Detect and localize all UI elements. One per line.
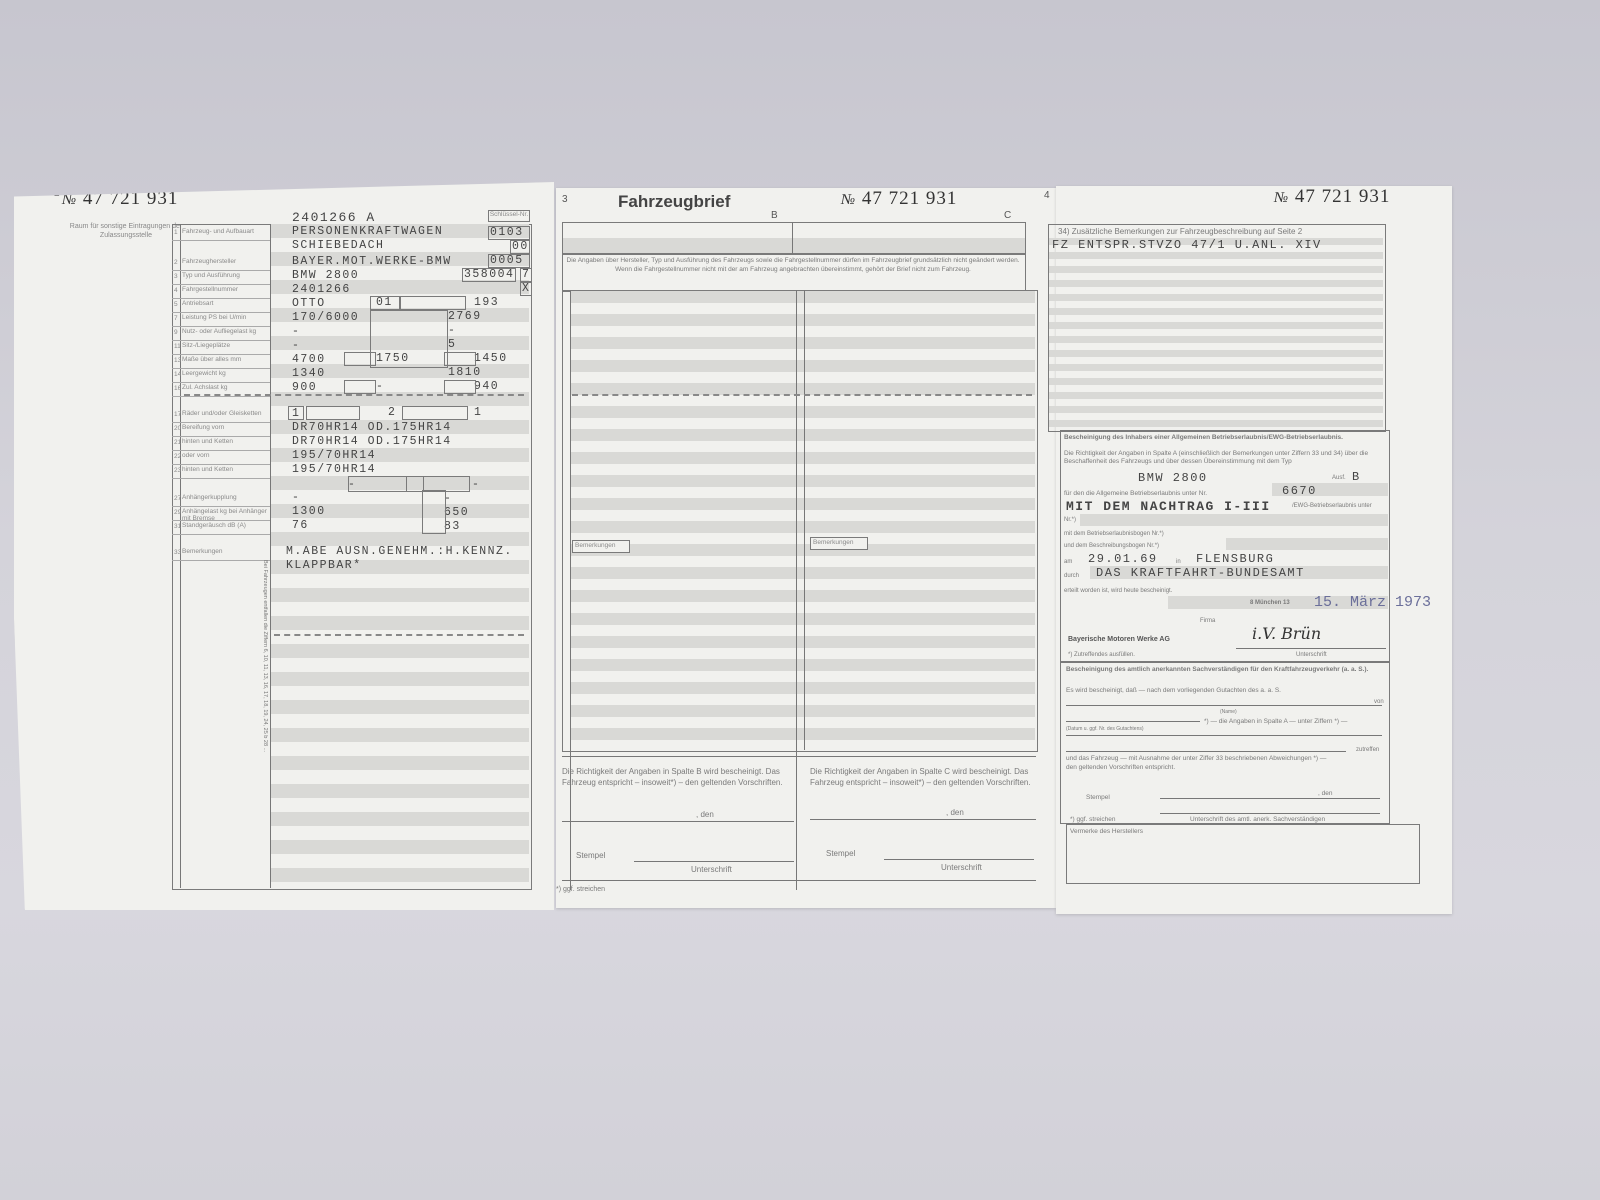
field-number: 7: [174, 315, 178, 322]
field-value: 193: [474, 296, 499, 309]
company-name: Bayerische Motoren Werke AG: [1068, 634, 1170, 645]
field-number: 5: [174, 301, 178, 308]
field-label: Standgeräusch dB (A): [182, 522, 268, 529]
field-value: DR70HR14 OD.175HR14: [292, 435, 452, 448]
footnote-vertical: Bei Fahrzeugen entfallen die Ziffern 6, …: [174, 560, 269, 886]
field-value: 1: [474, 406, 482, 419]
field-label: Leergewicht kg: [182, 370, 268, 377]
field-value: -: [292, 325, 300, 338]
page-3: 3 Fahrzeugbrief № 47 721 931 B C Die Ang…: [556, 188, 1056, 908]
ausf-value: B: [1352, 470, 1361, 484]
field-value: -: [472, 478, 480, 491]
stamp-date: 15. März 1973: [1314, 594, 1431, 611]
column-b-label: B: [771, 210, 778, 221]
signature-label-b: Unterschrift: [691, 864, 732, 875]
field-label: Fahrzeug- und Aufbauart: [182, 228, 268, 235]
remarks-label-c: Bemerkungen: [810, 537, 868, 550]
field-number: 11: [174, 343, 181, 350]
field-value: 5: [448, 338, 456, 351]
field-number: 29: [174, 509, 181, 516]
field-number: 21: [174, 439, 181, 446]
remarks-value: FZ ENTSPR.STVZO 47/1 U.ANL. XIV: [1052, 238, 1322, 252]
field-label: hinten und Ketten: [182, 466, 268, 473]
field-label: Antriebsart: [182, 300, 268, 307]
field-value: 1300: [292, 505, 326, 518]
nachtrag-value: MIT DEM NACHTRAG I-III: [1066, 499, 1271, 514]
field-number: 16: [174, 385, 181, 392]
field-value: 2: [388, 406, 396, 419]
field-number: 3: [174, 273, 178, 280]
field-value: 2401266: [292, 283, 351, 296]
page-2: 2 № 47 721 931 Raum für sonstige Eintrag…: [14, 182, 554, 910]
field-value: 170/6000: [292, 311, 359, 324]
field-number: 1: [174, 229, 178, 236]
certification-c: Die Richtigkeit der Angaben in Spalte C …: [810, 766, 1040, 788]
field-value: 1450: [474, 352, 508, 365]
field-value: 83: [444, 520, 461, 533]
field-label: Bereifung vorn: [182, 424, 268, 431]
field-number: 17: [174, 411, 181, 418]
field-number: 2: [174, 259, 178, 266]
field-value: 900: [292, 381, 317, 394]
field-label: Bemerkungen: [182, 548, 268, 555]
approval-place: FLENSBURG: [1196, 552, 1274, 566]
abe-number: 6670: [1282, 484, 1317, 498]
field-value: M.ABE AUSN.GENEHM.:H.KENNZ.: [286, 545, 513, 558]
field-number: 23: [174, 467, 181, 474]
page-number: 3: [562, 194, 568, 205]
page-title: Fahrzeugbrief: [618, 192, 730, 212]
field-value: -: [292, 491, 300, 504]
approval-date: 29.01.69: [1088, 552, 1158, 566]
field-label: Leistung PS bei U/min: [182, 314, 268, 321]
field-value: -: [376, 380, 384, 393]
page-4: 4 № 47 721 931 34) Zusätzliche Bemerkung…: [1056, 186, 1452, 914]
field-value: SCHIEBEDACH: [292, 239, 384, 252]
document-number: № 47 721 931: [841, 188, 957, 210]
field-label: Zul. Achslast kg: [182, 384, 268, 391]
field-number: 22: [174, 453, 181, 460]
field-label: Fahrgestellnummer: [182, 286, 268, 293]
field-value: PERSONENKRAFTWAGEN: [292, 225, 443, 238]
field-value: 1810: [448, 366, 482, 379]
field-number: 33: [174, 549, 181, 556]
header-fields: [562, 222, 1026, 254]
field-label: Räder und/oder Gleisketten: [182, 410, 268, 417]
field-value: 2769: [448, 310, 482, 323]
signature-label-c: Unterschrift: [941, 862, 982, 873]
field-label: Anhängerkupplung: [182, 494, 268, 501]
schluessel-label: Schlüssel-Nr.: [488, 210, 530, 222]
remarks-header: 34) Zusätzliche Bemerkungen zur Fahrzeug…: [1058, 226, 1302, 237]
field-value: BMW 2800: [292, 269, 359, 282]
field-value: 940: [474, 380, 499, 393]
field-value: BAYER.MOT.WERKE-BMW: [292, 255, 452, 268]
authority: DAS KRAFTFAHRT-BUNDESAMT: [1096, 566, 1305, 580]
field-value: 195/70HR14: [292, 463, 376, 476]
field-number: 14: [174, 371, 181, 378]
field-number: 4: [174, 287, 178, 294]
document-number: № 47 721 931: [1274, 186, 1390, 208]
field-number: 20: [174, 425, 181, 432]
field-value: 195/70HR14: [292, 449, 376, 462]
field-value: KLAPPBAR*: [286, 559, 362, 572]
certification-b: Die Richtigkeit der Angaben in Spalte B …: [562, 766, 792, 788]
stamp-label-b: Stempel: [576, 850, 605, 861]
type-value: BMW 2800: [1138, 471, 1208, 485]
field-value: OTTO: [292, 297, 326, 310]
page-number: 4: [1044, 190, 1050, 201]
top-value: 2401266 A: [292, 210, 376, 225]
field-number: 9: [174, 329, 178, 336]
field-label: hinten und Ketten: [182, 438, 268, 445]
field-number: 27: [174, 495, 181, 502]
field-label: Maße über alles mm: [182, 356, 268, 363]
field-label: oder vorn: [182, 452, 268, 459]
field-value: 76: [292, 519, 309, 532]
field-value: DR70HR14 OD.175HR14: [292, 421, 452, 434]
field-value: 4700: [292, 353, 326, 366]
field-number: 13: [174, 357, 181, 364]
signature: i.V. Brün: [1252, 624, 1321, 643]
stamp-label-c: Stempel: [826, 848, 855, 859]
field-value: 1340: [292, 367, 326, 380]
field-label: Typ und Ausführung: [182, 272, 268, 279]
footnote: *) ggf. streichen: [556, 884, 605, 895]
field-number: 31: [174, 523, 181, 530]
column-c-label: C: [1004, 210, 1011, 221]
field-value: -: [448, 324, 456, 337]
field-label: Nutz- oder Aufliegelast kg: [182, 328, 268, 335]
field-label: Sitz-/Liegeplätze: [182, 342, 268, 349]
field-label: Fahrzeughersteller: [182, 258, 268, 265]
field-value: 650: [444, 506, 469, 519]
field-value: -: [292, 339, 300, 352]
notice-text: Die Angaben über Hersteller, Typ und Aus…: [566, 256, 1020, 274]
remarks-label-b: Bemerkungen: [572, 540, 630, 553]
